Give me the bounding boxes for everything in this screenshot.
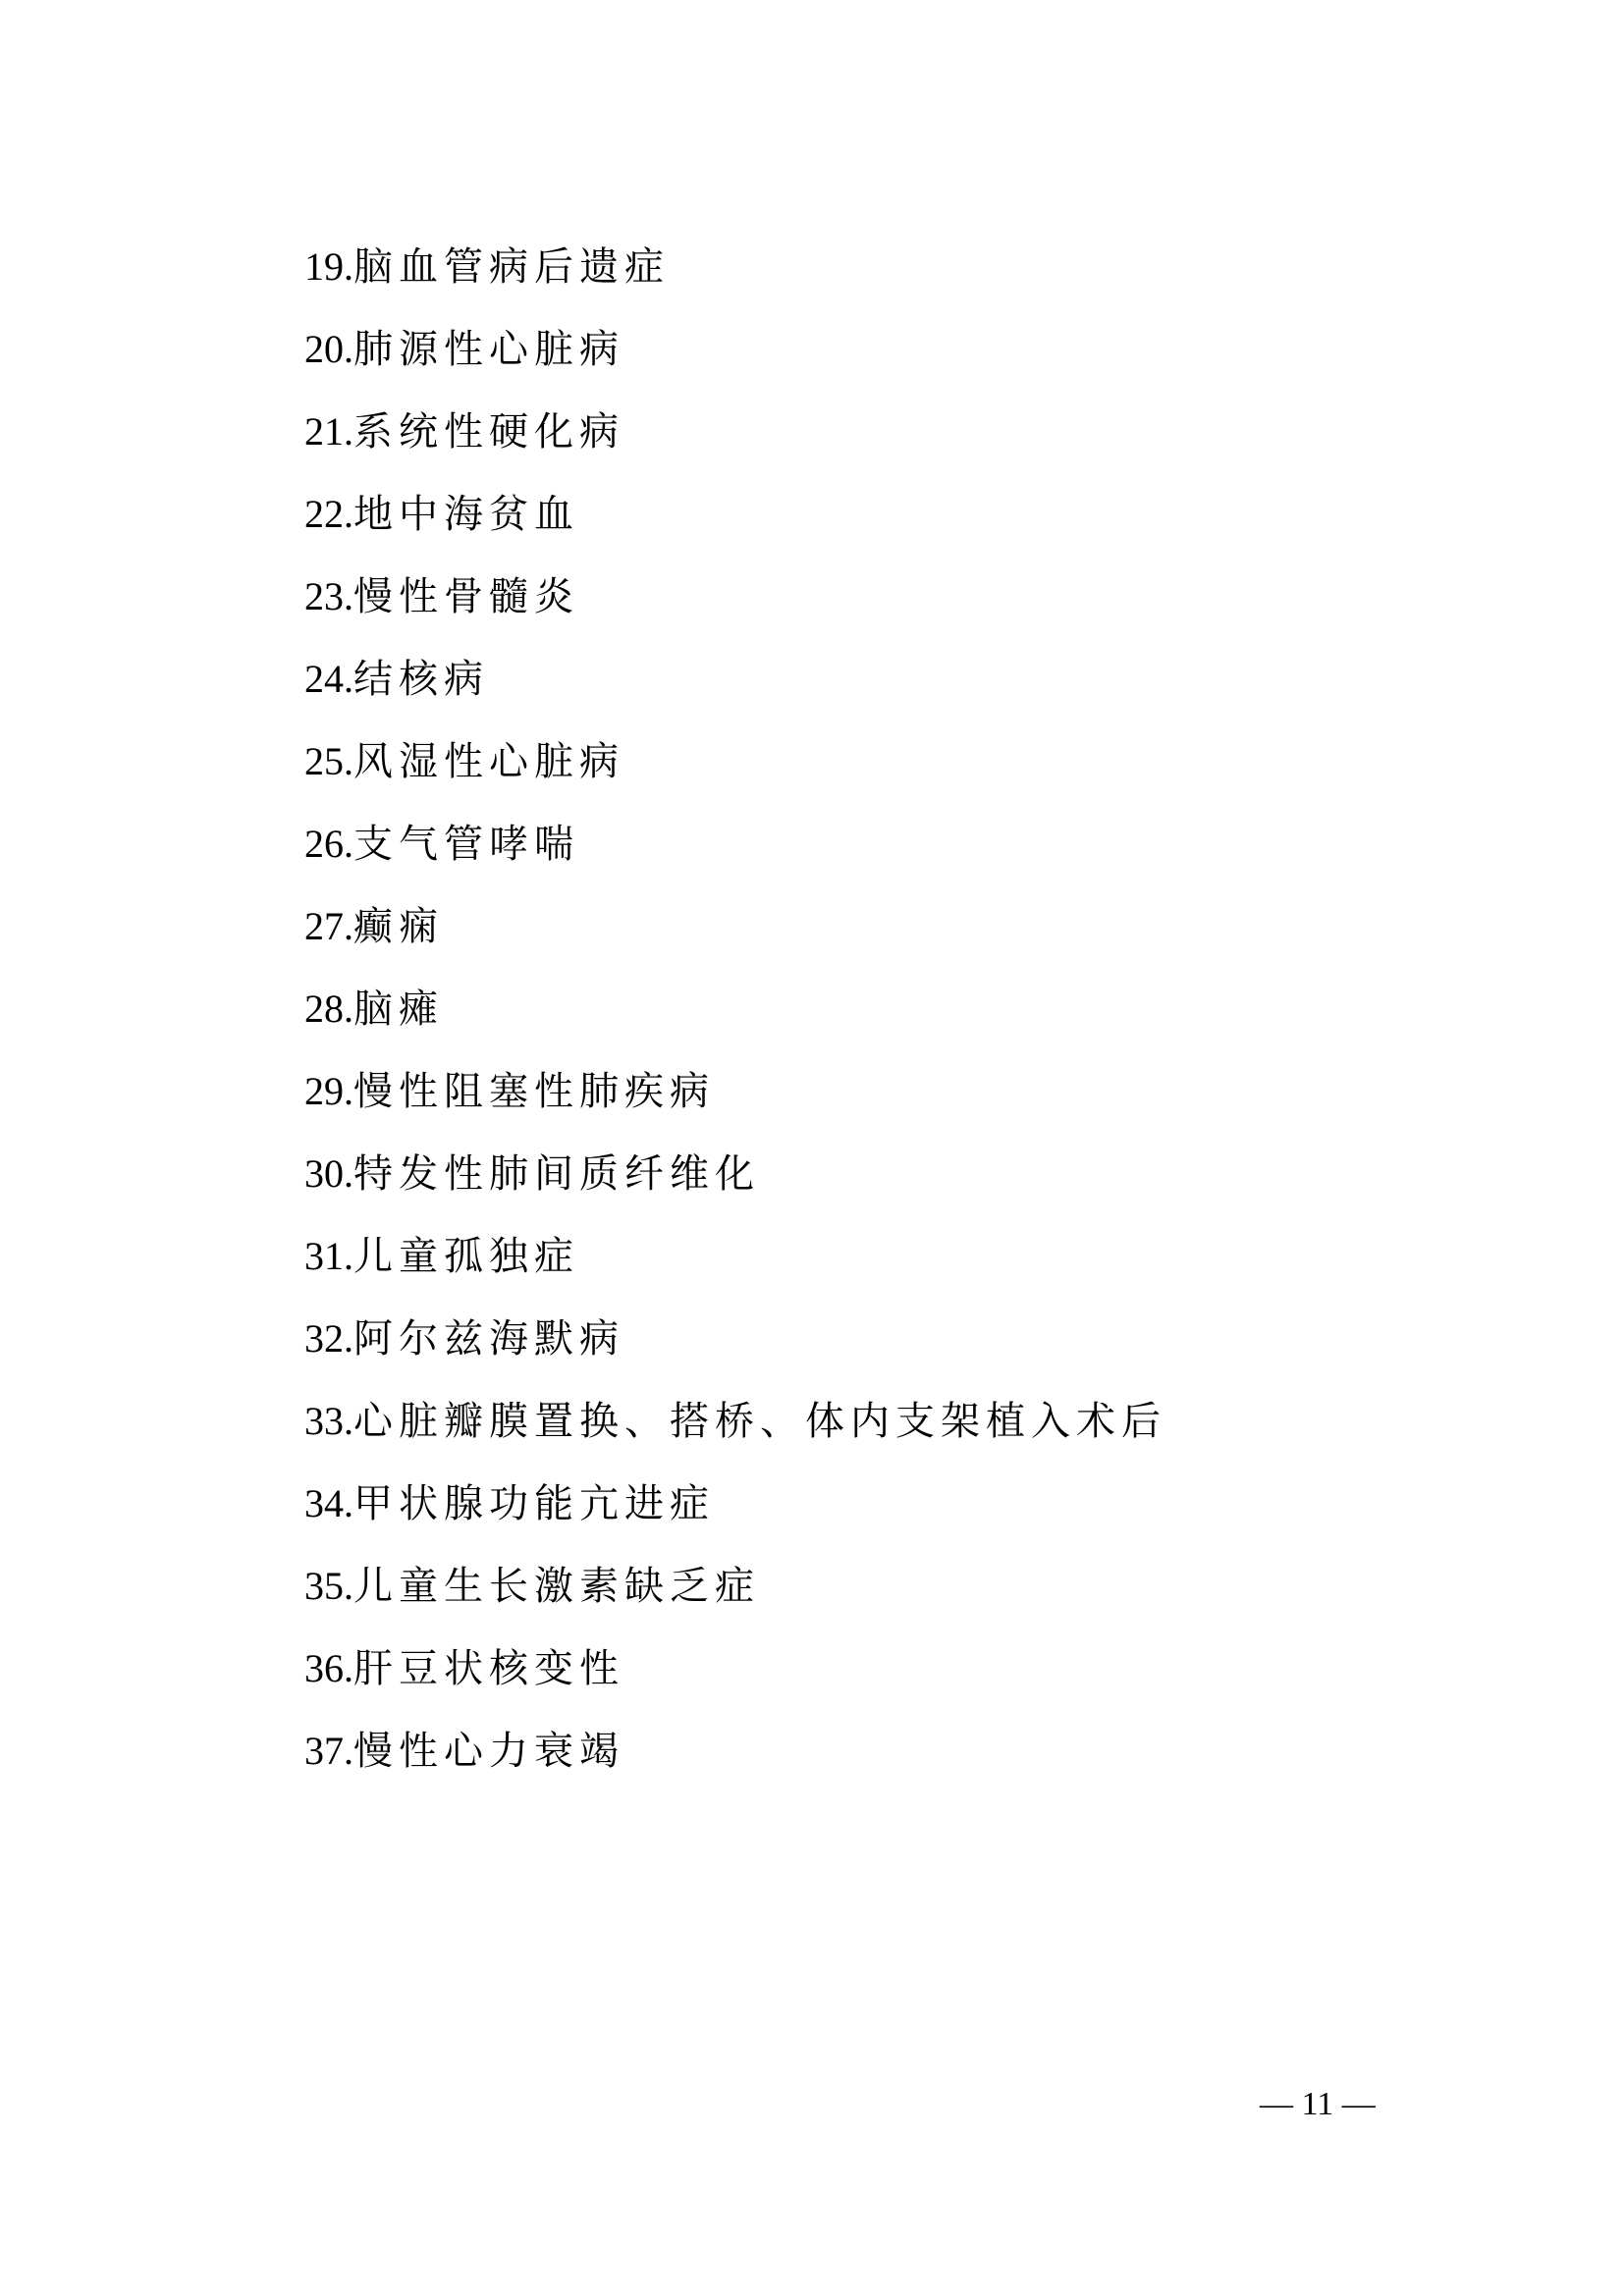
item-number: 31. (304, 1234, 353, 1278)
disease-list: 19.脑血管病后遗症 20.肺源性心脏病 21.系统性硬化病 22.地中海贫血 … (304, 238, 1166, 1804)
list-item: 36.肝豆状核变性 (304, 1639, 1166, 1722)
item-text: 系统性硬化病 (353, 409, 624, 454)
item-text: 肺源性心脏病 (353, 327, 624, 372)
item-text: 甲状腺功能亢进症 (353, 1481, 715, 1526)
item-number: 19. (304, 244, 353, 289)
item-number: 35. (304, 1564, 353, 1608)
page-number: — 11 — (1260, 2085, 1376, 2124)
list-item: 34.甲状腺功能亢进症 (304, 1474, 1166, 1557)
item-text: 慢性阻塞性肺疾病 (353, 1069, 715, 1114)
item-number: 32. (304, 1316, 353, 1361)
item-number: 33. (304, 1399, 353, 1443)
list-item: 33.心脏瓣膜置换、搭桥、体内支架植入术后 (304, 1392, 1166, 1474)
item-text: 阿尔兹海默病 (353, 1316, 624, 1362)
list-item: 27.癫痫 (304, 897, 1166, 980)
item-number: 23. (304, 574, 353, 618)
list-item: 22.地中海贫血 (304, 485, 1166, 567)
item-text: 肝豆状核变性 (353, 1646, 624, 1691)
item-text: 慢性心力衰竭 (353, 1729, 624, 1774)
item-text: 脑瘫 (353, 987, 444, 1032)
list-item: 21.系统性硬化病 (304, 402, 1166, 485)
list-item: 31.儿童孤独症 (304, 1227, 1166, 1309)
item-number: 25. (304, 739, 353, 783)
list-item: 19.脑血管病后遗症 (304, 238, 1166, 320)
item-text: 风湿性心脏病 (353, 739, 624, 784)
item-text: 儿童生长激素缺乏症 (353, 1564, 760, 1609)
item-text: 结核病 (353, 657, 489, 702)
item-number: 30. (304, 1151, 353, 1196)
list-item: 20.肺源性心脏病 (304, 320, 1166, 402)
item-text: 儿童孤独症 (353, 1234, 579, 1279)
item-number: 28. (304, 987, 353, 1031)
list-item: 26.支气管哮喘 (304, 815, 1166, 897)
item-text: 心脏瓣膜置换、搭桥、体内支架植入术后 (353, 1399, 1166, 1444)
list-item: 25.风湿性心脏病 (304, 732, 1166, 815)
item-number: 29. (304, 1069, 353, 1113)
item-text: 慢性骨髓炎 (353, 574, 579, 619)
document-page: 19.脑血管病后遗症 20.肺源性心脏病 21.系统性硬化病 22.地中海贫血 … (0, 0, 1624, 2296)
item-number: 22. (304, 492, 353, 536)
list-item: 37.慢性心力衰竭 (304, 1722, 1166, 1804)
item-text: 地中海贫血 (353, 492, 579, 537)
item-number: 36. (304, 1646, 353, 1690)
list-item: 30.特发性肺间质纤维化 (304, 1145, 1166, 1227)
list-item: 29.慢性阻塞性肺疾病 (304, 1062, 1166, 1145)
item-number: 26. (304, 822, 353, 866)
item-number: 21. (304, 409, 353, 454)
item-text: 支气管哮喘 (353, 822, 579, 867)
list-item: 23.慢性骨髓炎 (304, 567, 1166, 650)
item-number: 20. (304, 327, 353, 371)
list-item: 35.儿童生长激素缺乏症 (304, 1557, 1166, 1639)
item-text: 特发性肺间质纤维化 (353, 1151, 760, 1197)
item-number: 24. (304, 657, 353, 701)
item-number: 37. (304, 1729, 353, 1773)
list-item: 32.阿尔兹海默病 (304, 1309, 1166, 1392)
item-number: 34. (304, 1481, 353, 1525)
item-text: 脑血管病后遗症 (353, 244, 670, 290)
item-number: 27. (304, 904, 353, 948)
item-text: 癫痫 (353, 904, 444, 949)
list-item: 28.脑瘫 (304, 980, 1166, 1062)
list-item: 24.结核病 (304, 650, 1166, 732)
